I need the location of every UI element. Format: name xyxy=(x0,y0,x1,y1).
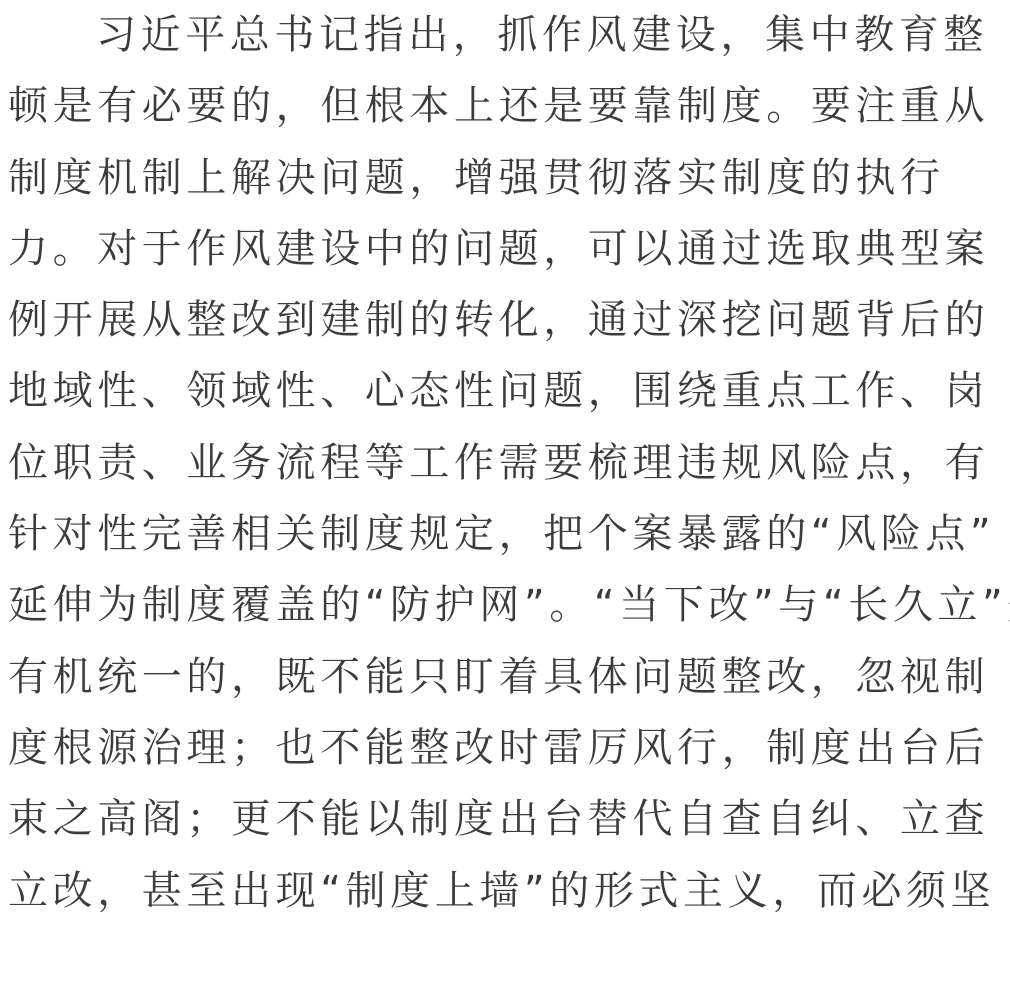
text-line-13: 立改，甚至出现“制度上墙”的形式主义，而必须坚 xyxy=(8,856,1002,927)
text-line-5: 例开展从整改到建制的转化，通过深挖问题背后的 xyxy=(8,285,1002,356)
line-text: 束之高阁；更不能以制度出台替代自查自纠、立查 xyxy=(8,784,989,855)
text-line-6: 地域性、领域性、心态性问题，围绕重点工作、岗 xyxy=(8,356,1002,427)
line-text: 顿是有必要的，但根本上还是要靠制度。要注重从 xyxy=(8,71,989,142)
line-text: 立改，甚至出现“制度上墙”的形式主义，而必须坚 xyxy=(8,856,995,927)
article-paragraph: 习近平总书记指出，抓作风建设，集中教育整 顿是有必要的，但根本上还是要靠制度。要… xyxy=(8,0,1002,927)
text-line-12: 束之高阁；更不能以制度出台替代自查自纠、立查 xyxy=(8,784,1002,855)
text-line-3: 制度机制上解决问题，增强贯彻落实制度的执行 xyxy=(8,143,1002,214)
text-line-9: 延伸为制度覆盖的“防护网”。“当下改”与“长久立”是 xyxy=(8,570,1002,641)
text-line-11: 度根源治理；也不能整改时雷厉风行，制度出台后 xyxy=(8,713,1002,784)
text-line-7: 位职责、业务流程等工作需要梳理违规风险点，有 xyxy=(8,428,1002,499)
line-text: 地域性、领域性、心态性问题，围绕重点工作、岗 xyxy=(8,356,989,427)
line-text: 制度机制上解决问题，增强贯彻落实制度的执行 xyxy=(8,143,945,214)
text-line-4: 力。对于作风建设中的问题，可以通过选取典型案 xyxy=(8,214,1002,285)
line-text: 力。对于作风建设中的问题，可以通过选取典型案 xyxy=(8,214,989,285)
line-text: 习近平总书记指出，抓作风建设，集中教育整 xyxy=(96,0,988,71)
text-line-10: 有机统一的，既不能只盯着具体问题整改，忽视制 xyxy=(8,642,1002,713)
text-line-8: 针对性完善相关制度规定，把个案暴露的“风险点” xyxy=(8,499,1002,570)
line-text: 位职责、业务流程等工作需要梳理违规风险点，有 xyxy=(8,428,989,499)
text-line-1: 习近平总书记指出，抓作风建设，集中教育整 xyxy=(8,0,1002,71)
line-text: 延伸为制度覆盖的“防护网”。“当下改”与“长久立”是 xyxy=(8,570,1010,641)
line-text: 有机统一的，既不能只盯着具体问题整改，忽视制 xyxy=(8,642,989,713)
line-text: 针对性完善相关制度规定，把个案暴露的“风险点” xyxy=(8,499,995,570)
line-text: 度根源治理；也不能整改时雷厉风行，制度出台后 xyxy=(8,713,989,784)
text-line-2: 顿是有必要的，但根本上还是要靠制度。要注重从 xyxy=(8,71,1002,142)
line-text: 例开展从整改到建制的转化，通过深挖问题背后的 xyxy=(8,285,989,356)
